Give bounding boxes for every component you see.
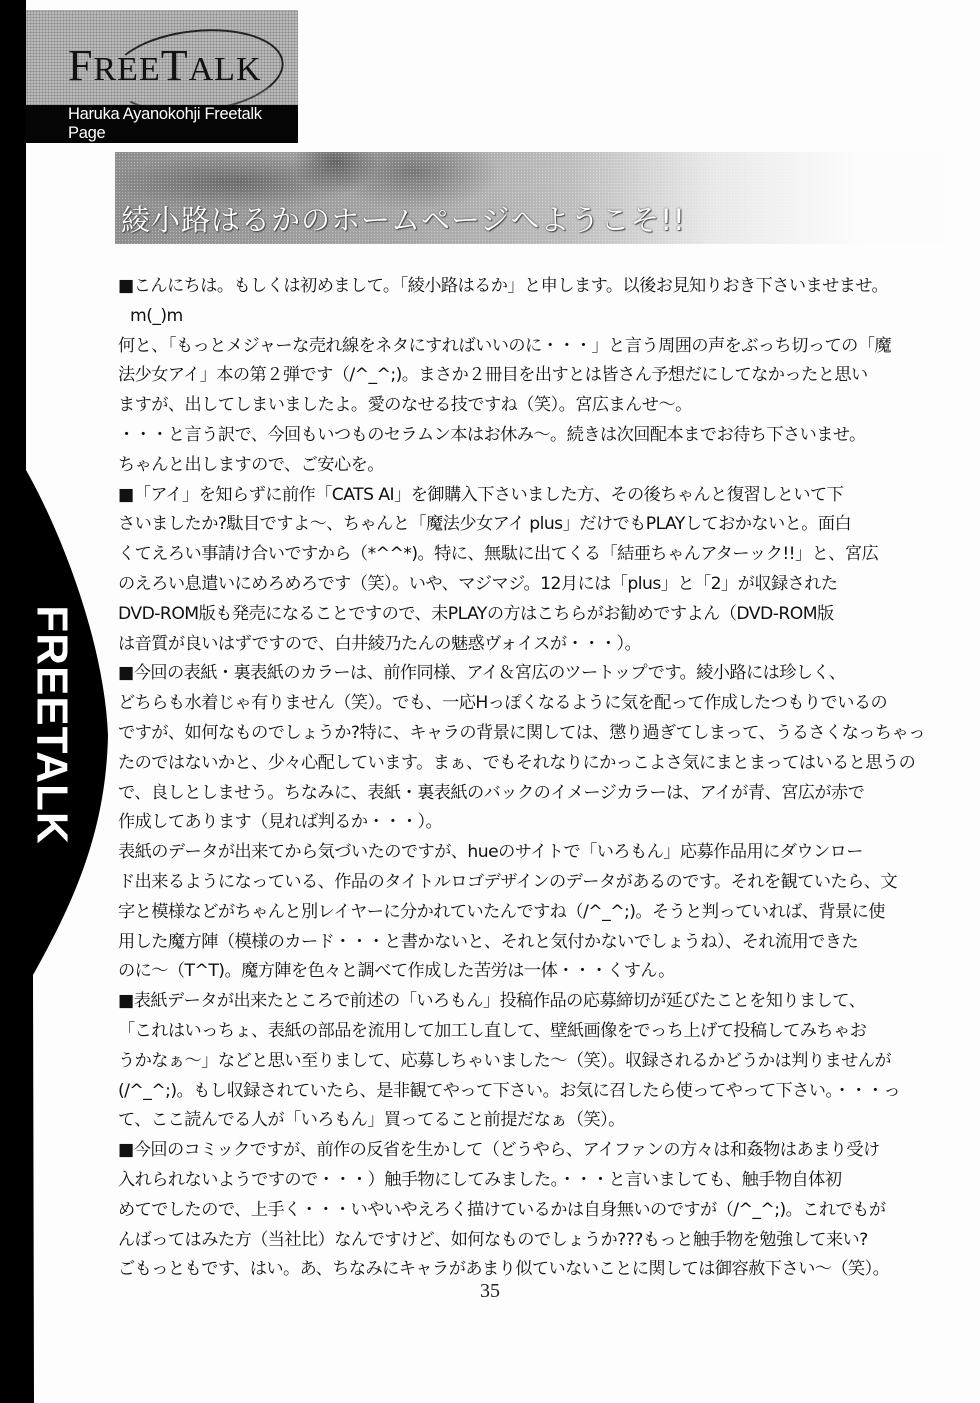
logo-text: FREETALK bbox=[68, 44, 262, 88]
text-line: 表紙のデータが出来てから気づいたのですが、hueのサイトで「いろもん」応募作品用… bbox=[118, 838, 878, 868]
text-line: くてえろい事請け合いですから（*^^*)。特に、無駄に出てくる「結亜ちゃんアター… bbox=[118, 540, 878, 570]
text-line: ・・・と言う訳で、今回もいつものセラムン本はお休み～。続きは次回配本までお待ち下… bbox=[118, 421, 878, 451]
text-line: うかなぁ～」などと思い至りまして、応募しちゃいました～（笑）。収録されるかどうか… bbox=[118, 1047, 878, 1077]
text-line: ■今回の表紙・裏表紙のカラーは、前作同様、アイ＆宮広のツートップです。綾小路には… bbox=[118, 659, 878, 689]
header-subtitle-bar: Haruka Ayanokohji Freetalk Page bbox=[26, 105, 298, 143]
welcome-banner: 綾小路はるかのホームページへようこそ!! bbox=[115, 152, 945, 244]
freetalk-body: ■こんにちは。もしくは初めまして。「綾小路はるか」と申します。以後お見知りおき下… bbox=[118, 272, 878, 1285]
text-line: て、ここ読んでる人が「いろもん」買ってること前提だなぁ（笑）。 bbox=[118, 1106, 878, 1136]
text-line: 字と模様などがちゃんと別レイヤーに分かれていたんですね（/^_^;)。そうと判っ… bbox=[118, 898, 878, 928]
text-line: ですが、如何なものでしょうか?特に、キャラの背景に関しては、懲り過ぎてしまって、… bbox=[118, 719, 878, 749]
text-line: ■表紙データが出来たところで前述の「いろもん」投稿作品の応募締切が延びたことを知… bbox=[118, 987, 878, 1017]
text-line: 用した魔方陣（模様のカード・・・と書かないと、それと気付かないでしょうね）、それ… bbox=[118, 928, 878, 958]
text-line: ちゃんと出しますので、ご安心を。 bbox=[118, 451, 878, 481]
text-line: ■今回のコミックですが、前作の反省を生かして（どうやら、アイファンの方々は和姦物… bbox=[118, 1136, 878, 1166]
text-line: のに～（T^T)。魔方陣を色々と調べて作成した苦労は一体・・・くすん。 bbox=[118, 957, 878, 987]
text-line: さいましたか?駄目ですよ～、ちゃんと「魔法少女アイ plus」だけでもPLAYし… bbox=[118, 510, 878, 540]
text-line: 入れられないようですので・・・）触手物にしてみました。・・・と言いましても、触手… bbox=[118, 1166, 878, 1196]
text-line: ド出来るようになっている、作品のタイトルロゴデザインのデータがあるのです。それを… bbox=[118, 868, 878, 898]
text-line: んばってはみた方（当社比）なんですけど、如何なものでしょうか???もっと触手物を… bbox=[118, 1226, 878, 1256]
text-line: は音質が良いはずですので、白井綾乃たんの魅惑ヴォイスが・・・）。 bbox=[118, 630, 878, 660]
text-line: 「これはいっちょ、表紙の部品を流用して加工し直して、壁紙画像をでっち上げて投稿し… bbox=[118, 1017, 878, 1047]
text-line: 何と、「もっとメジャーな売れ線をネタにすればいいのに・・・」と言う周囲の声をぶっ… bbox=[118, 332, 878, 362]
text-line: ■「アイ」を知らずに前作「CATS AI」を御購入下さいました方、その後ちゃんと… bbox=[118, 481, 878, 511]
text-line: ■こんにちは。もしくは初めまして。「綾小路はるか」と申します。以後お見知りおき下… bbox=[118, 272, 878, 302]
banner-title: 綾小路はるかのホームページへようこそ!! bbox=[121, 198, 686, 239]
header-subtitle: Haruka Ayanokohji Freetalk Page bbox=[68, 105, 298, 143]
text-line: 作成してあります（見れば判るか・・・）。 bbox=[118, 808, 878, 838]
text-line: m(_)m bbox=[118, 302, 878, 332]
text-line: たのではないかと、少々心配しています。まぁ、でもそれなりにかっこよさ気にまとまっ… bbox=[118, 749, 878, 779]
text-line: めてでしたので、上手く・・・いやいやえろく描けているかは自身無いのですが（/^_… bbox=[118, 1196, 878, 1226]
sidebar-label-text: FREETALK bbox=[27, 605, 77, 844]
text-line: ますが、出してしまいましたよ。愛のなせる技ですね（笑）。宮広まんせ～。 bbox=[118, 391, 878, 421]
text-line: DVD-ROM版も発売になることですので、未PLAYの方はこちらがお勧めですよん… bbox=[118, 600, 878, 630]
sidebar-label: FREETALK bbox=[22, 610, 82, 840]
text-line: で、良しとしませう。ちなみに、表紙・裏表紙のバックのイメージカラーは、アイが青、… bbox=[118, 779, 878, 809]
page-number: 35 bbox=[0, 1280, 980, 1303]
header-logo-box: FREETALK bbox=[26, 10, 298, 105]
text-line: (/^_^;)。もし収録されていたら、是非観てやって下さい。お気に召したら使って… bbox=[118, 1077, 878, 1107]
text-line: どちらも水着じゃ有りません（笑）。でも、一応Hっぽくなるように気を配って作成した… bbox=[118, 689, 878, 719]
text-line: のえろい息遣いにめろめろです（笑）。いや、マジマジ。12月には「plus」と「2… bbox=[118, 570, 878, 600]
text-line: 法少女アイ」本の第２弾です（/^_^;)。まさか２冊目を出すとは皆さん予想だにし… bbox=[118, 361, 878, 391]
